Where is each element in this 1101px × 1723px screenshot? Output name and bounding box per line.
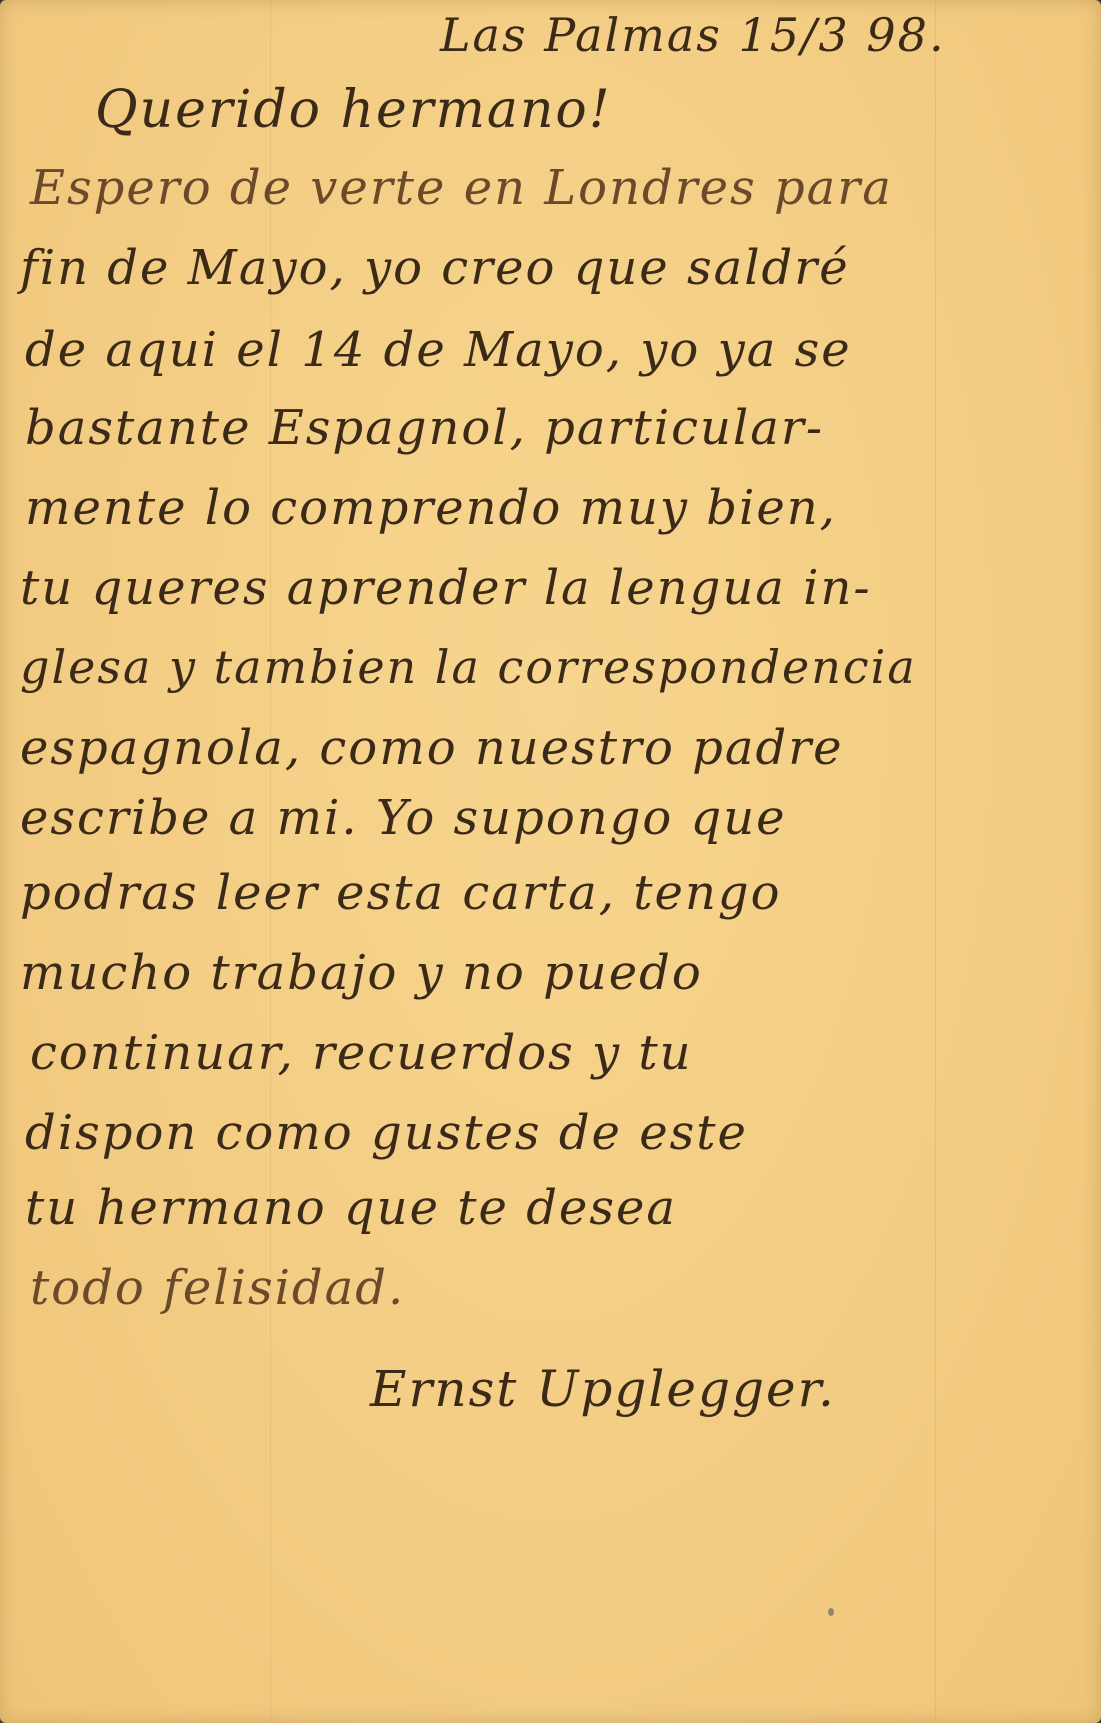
letter-line: mucho trabajo y no puedo — [20, 945, 703, 1001]
postcard: Las Palmas 15/3 98. Querido hermano! Esp… — [0, 0, 1101, 1723]
letter-line: bastante Espagnol, particular- — [25, 400, 824, 456]
letter-line: dispon como gustes de este — [25, 1105, 748, 1161]
ink-speck — [828, 1608, 834, 1616]
letter-line: escribe a mi. Yo supongo que — [20, 790, 787, 846]
place-date: Las Palmas 15/3 98. — [440, 8, 946, 62]
signature: Ernst Upglegger. — [370, 1360, 836, 1418]
letter-line: tu queres aprender la lengua in- — [20, 560, 872, 616]
letter-line: de aqui el 14 de Mayo, yo ya se — [25, 322, 852, 378]
fold-line — [935, 0, 936, 1723]
letter-line: continuar, recuerdos y tu — [30, 1025, 693, 1081]
letter-line: podras leer esta carta, tengo — [20, 865, 781, 921]
letter-line: tu hermano que te desea — [25, 1180, 677, 1236]
letter-line: espagnola, como nuestro padre — [20, 720, 844, 776]
letter-line: mente lo comprendo muy bien, — [25, 480, 837, 536]
salutation: Querido hermano! — [95, 80, 612, 140]
letter-line: Espero de verte en Londres para — [30, 160, 893, 216]
letter-line: glesa y tambien la correspondencia — [20, 640, 917, 694]
letter-line: todo felisidad. — [30, 1260, 405, 1316]
letter-line: fin de Mayo, yo creo que saldré — [20, 240, 850, 296]
